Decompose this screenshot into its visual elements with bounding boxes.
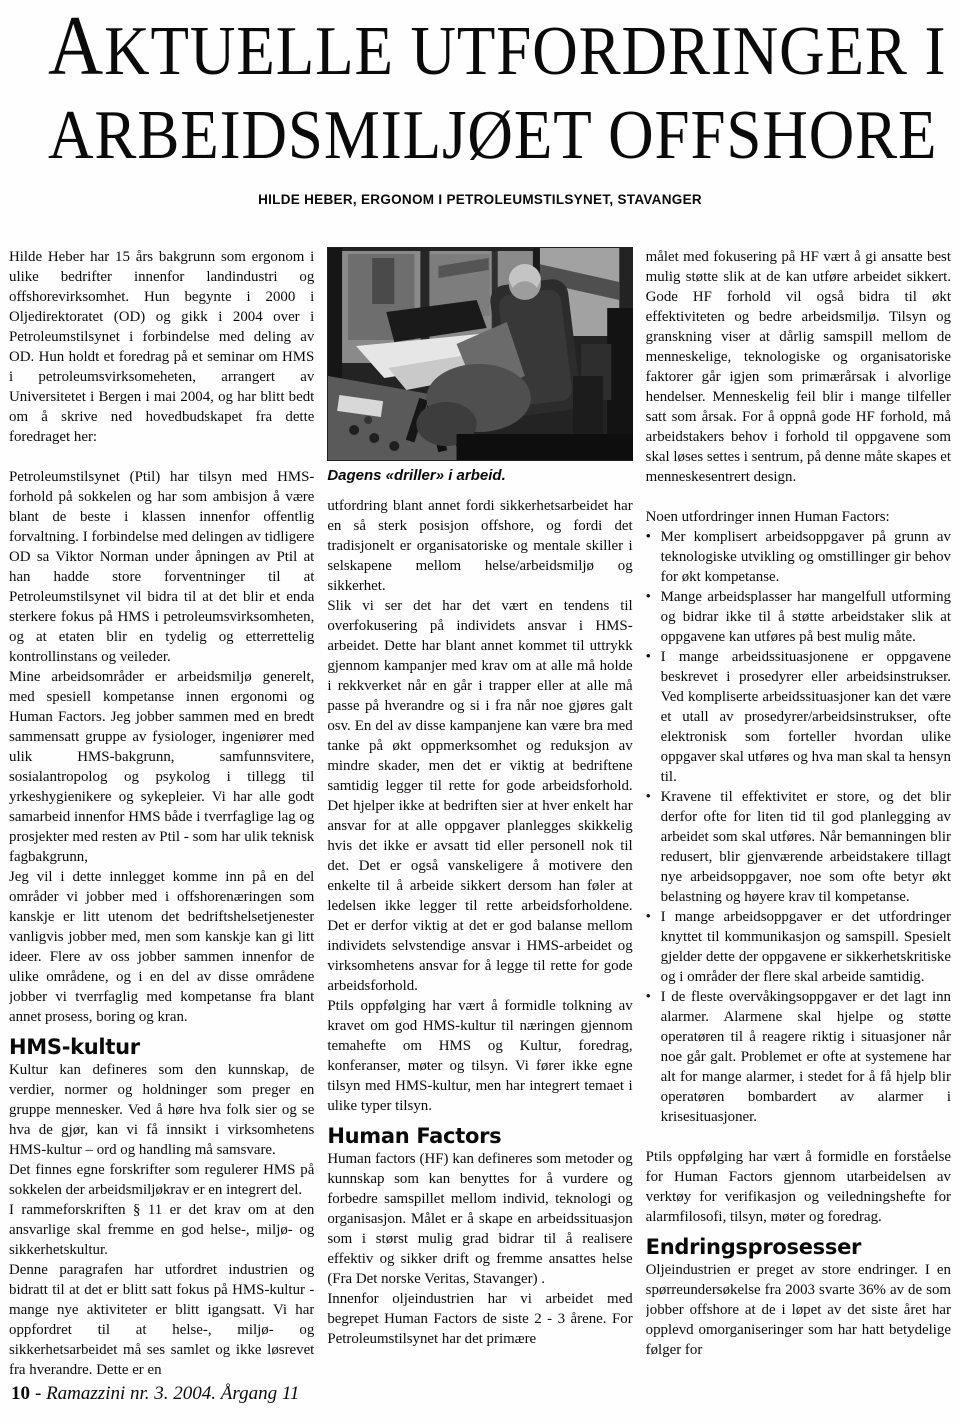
bullet-icon: • [646,787,661,907]
column-middle: Dagens «driller» i arbeid. utfordring bl… [327,247,632,1424]
section-heading-hms-kultur: HMS-kultur [9,1037,314,1057]
bullet-icon: • [646,907,661,987]
paragraph: I rammeforskriften § 11 er det krav om a… [9,1200,314,1260]
paragraph: Denne paragrafen har utfordret industrie… [9,1260,314,1380]
list-intro: Noen utfordringer innen Human Factors: [646,507,951,527]
paragraph-intro: Hilde Heber har 15 års bakgrunn som ergo… [9,247,314,447]
page-title: AKTUELLE UTFORDRINGER I ARBEIDSMILJØET O… [0,4,960,178]
bullet-icon: • [646,647,661,787]
paragraph: Oljeindustrien er preget av store endrin… [646,1260,951,1360]
paragraph: Ptils oppfølging har vært å formidle tol… [327,996,632,1116]
paragraph: utfordring blant annet fordi sikkerhetsa… [327,496,632,596]
list-item: • Kravene til effektivitet er store, og … [646,787,951,907]
paragraph: Ptils oppfølging har vært å formidle en … [646,1147,951,1227]
list-item: • I de fleste overvåkingsoppgaver er det… [646,987,951,1127]
figure-driller: Dagens «driller» i arbeid. [327,247,632,486]
paragraph: Mine arbeidsområder er arbeidsmiljø gene… [9,667,314,867]
article-title-line2: ARBEIDSMILJØET OFFSHORE [48,94,912,178]
journal-line: - Ramazzini nr. 3. 2004. Årgang 11 [35,1383,299,1404]
list-item-text: Mange arbeidsplasser har mangelfull utfo… [661,587,951,647]
article-title-line1: AKTUELLE UTFORDRINGER I [48,4,912,94]
paragraph: målet med fokusering på HF vært å gi ans… [646,247,951,487]
bullet-icon: • [646,527,661,587]
paragraph: Innenfor oljeindustrien har vi arbeidet … [327,1289,632,1349]
paragraph: Kultur kan defineres som den kunnskap, d… [9,1060,314,1160]
list-item: • Mer komplisert arbeidsoppgaver på grun… [646,527,951,587]
article-columns: Hilde Heber har 15 års bakgrunn som ergo… [0,247,960,1424]
list-item: • I mange arbeidsoppgaver er det utfordr… [646,907,951,987]
paragraph: Jeg vil i dette innlegget komme inn på e… [9,867,314,1027]
list-item-text: Kravene til effektivitet er store, og de… [661,787,951,907]
paragraph: Petroleumstilsynet (Ptil) har tilsyn med… [9,467,314,667]
page-number: 10 [11,1383,30,1404]
column-left: Hilde Heber har 15 års bakgrunn som ergo… [9,247,314,1385]
magazine-page: AKTUELLE UTFORDRINGER I ARBEIDSMILJØET O… [0,0,960,1424]
driller-photo [327,247,632,461]
list-item-text: I mange arbeidsoppgaver er det utfordrin… [661,907,951,987]
paragraph: Human factors (HF) kan defineres som met… [327,1149,632,1289]
list-item: • Mange arbeidsplasser har mangelfull ut… [646,587,951,647]
list-item-text: Mer komplisert arbeidsoppgaver på grunn … [661,527,951,587]
column-right: målet med fokusering på HF vært å gi ans… [646,247,951,1424]
page-footer: 10- Ramazzini nr. 3. 2004. Årgang 11 [11,1383,299,1405]
article-header: AKTUELLE UTFORDRINGER I ARBEIDSMILJØET O… [0,0,960,207]
section-heading-endringsprosesser: Endringsprosesser [646,1237,951,1257]
list-item-text: I mange arbeidssituasjonene er oppgavene… [661,647,951,787]
paragraph: Det finnes egne forskrifter som regulere… [9,1160,314,1200]
paragraph: Slik vi ser det har det vært en tendens … [327,596,632,996]
bullet-icon: • [646,587,661,647]
byline: HILDE HEBER, ERGONOM I PETROLEUMSTILSYNE… [0,192,960,207]
figure-caption: Dagens «driller» i arbeid. [327,466,632,486]
list-item-text: I de fleste overvåkingsoppgaver er det l… [661,987,951,1127]
bullet-icon: • [646,987,661,1127]
list-item: • I mange arbeidssituasjonene er oppgave… [646,647,951,787]
section-heading-human-factors: Human Factors [327,1126,632,1146]
